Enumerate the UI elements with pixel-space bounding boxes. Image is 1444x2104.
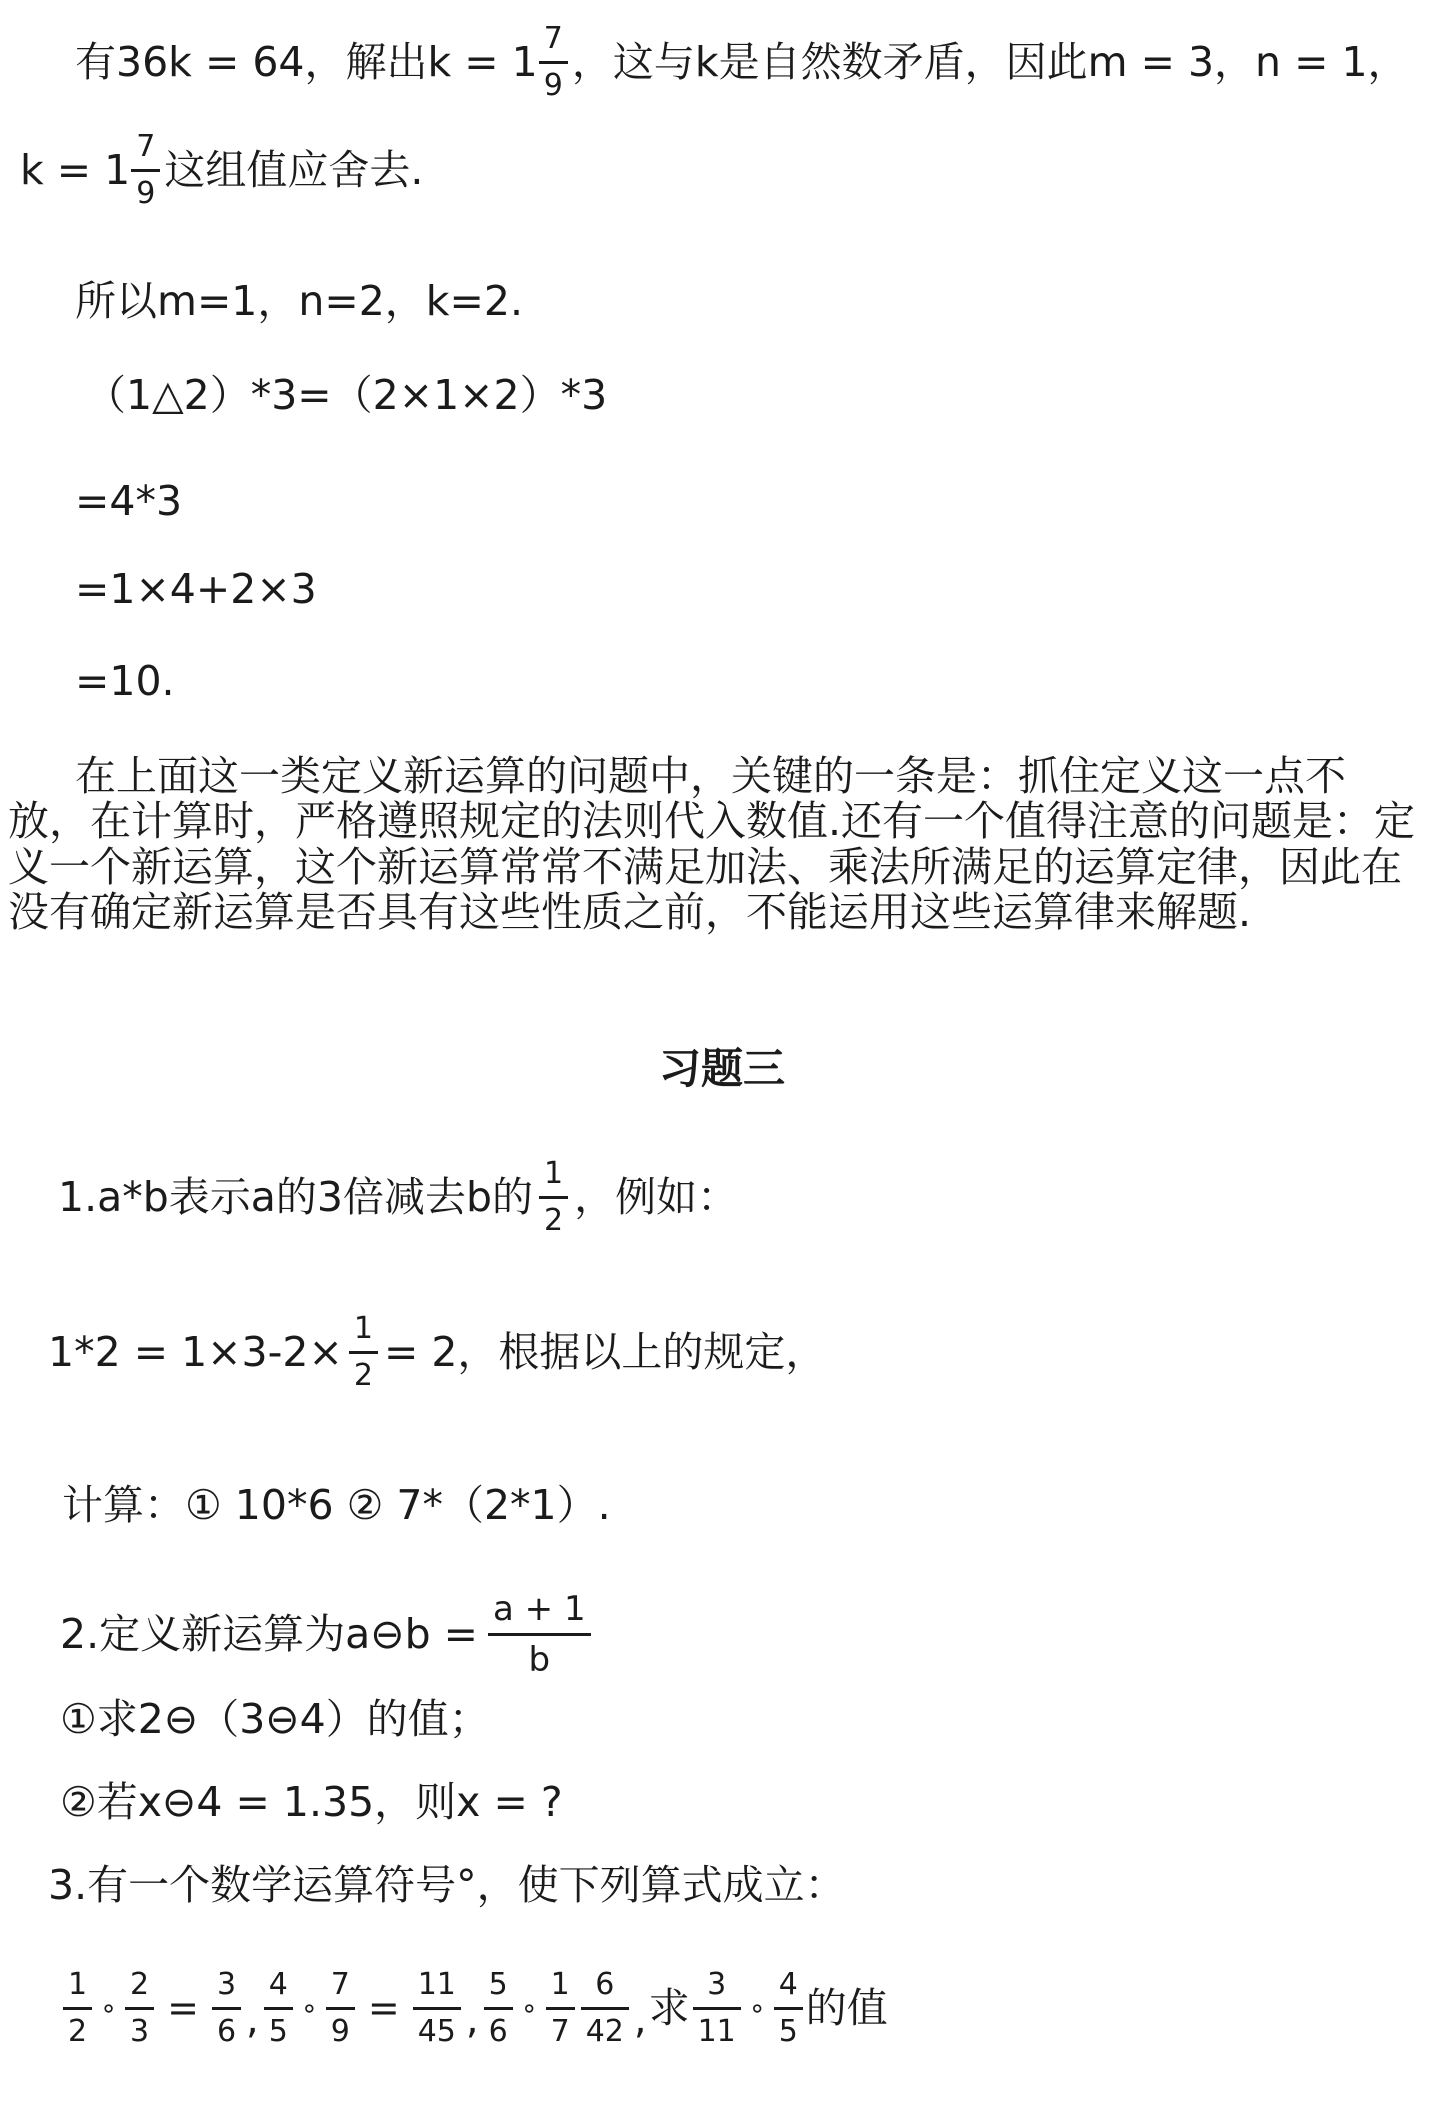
fraction-denominator: 7 (546, 2010, 575, 2049)
solution-line-4: （1△2）*3=（2×1×2）*3 (85, 372, 607, 419)
fraction-numerator: 5 (484, 1968, 513, 2010)
fraction-a-plus-1-over-b: a + 1 b (488, 1590, 591, 1679)
problem-2-definition: 2.定义新运算为a⊖b = a + 1 b (60, 1590, 601, 1679)
text-segment: 2.定义新运算为a⊖b = (60, 1611, 478, 1658)
text-segment: = 2，根据以上的规定， (384, 1329, 826, 1376)
fraction-11-45: 11 45 (413, 1968, 461, 2049)
text-segment: 计算：① 10*6 ② 7*（2*1）. (62, 1482, 611, 1529)
text-segment: 所以m=1，n=2，k=2. (75, 278, 523, 325)
problem-3-intro: 3.有一个数学运算符号°，使下列算式成立： (48, 1862, 846, 1909)
equals-sign: = (368, 1987, 400, 2031)
equals-sign: = (167, 1987, 199, 2031)
fraction-3-11: 3 11 (693, 1968, 741, 2049)
text-segment: ，这与k是自然数矛盾，因此m = 3，n = 1， (572, 39, 1409, 86)
fraction-numerator: 4 (264, 1968, 293, 2010)
text-segment: 义一个新运算，这个新运算常常不满足加法、乘法所满足的运算定律，因此在 (8, 844, 1402, 891)
text-segment: 的值 (806, 1985, 888, 2032)
fraction-numerator: 6 (581, 1968, 629, 2010)
fraction-denominator: 9 (539, 64, 568, 103)
fraction-denominator: 9 (326, 2010, 355, 2049)
summary-paragraph-line-4: 没有确定新运算是否具有这些性质之前，不能运用这些运算律来解题. (8, 889, 1251, 936)
text-segment: 在上面这一类定义新运算的问题中，关键的一条是：抓住定义这一点不 (75, 753, 1346, 800)
text-segment: 放，在计算时，严格遵照规定的法则代入数值.还有一个值得注意的问题是：定 (8, 798, 1415, 845)
fraction-denominator: 3 (125, 2010, 154, 2049)
fraction-denominator: 6 (212, 2010, 241, 2049)
problem-1-intro: 1.a*b表示a的3倍减去b的 1 2 ，例如： (58, 1157, 738, 1238)
text-segment: k = 1 (20, 147, 130, 194)
fraction-denominator: 6 (484, 2010, 513, 2049)
fraction-numerator: 1 (349, 1312, 378, 1354)
fraction-1-7: 1 7 (546, 1968, 575, 2049)
fraction-7-9: 7 9 (539, 22, 568, 103)
fraction-denominator: 2 (539, 1199, 568, 1238)
ring-operator: ∘ (301, 1993, 318, 2024)
text-segment: （1△2）*3=（2×1×2）*3 (85, 372, 607, 419)
problem-2-part-1: ①求2⊖（3⊖4）的值； (60, 1696, 490, 1743)
fraction-denominator: 9 (131, 172, 160, 211)
problem-1-compute: 计算：① 10*6 ② 7*（2*1）. (62, 1482, 611, 1529)
fraction-4-5: 4 5 (774, 1968, 803, 2049)
text-segment: ①求2⊖（3⊖4）的值； (60, 1696, 490, 1743)
text-segment: 有36k = 64，解出k = 1 (75, 39, 538, 86)
fraction-denominator: 2 (63, 2010, 92, 2049)
problem-3-equation-chain: 1 2 ∘ 2 3 = 3 6 , 4 5 ∘ 7 9 = 11 45 , 5 (60, 1968, 888, 2049)
fraction-denominator: 42 (581, 2010, 629, 2049)
fraction-denominator: 5 (774, 2010, 803, 2049)
solution-line-2: k = 1 7 9 这组值应舍去. (20, 130, 423, 211)
fraction-denominator: b (488, 1636, 591, 1679)
fraction-numerator: 11 (413, 1968, 461, 2010)
text-segment: =4*3 (75, 478, 182, 525)
summary-paragraph-line-2: 放，在计算时，严格遵照规定的法则代入数值.还有一个值得注意的问题是：定 (8, 798, 1415, 845)
problem-1-example: 1*2 = 1×3-2× 1 2 = 2，根据以上的规定， (48, 1312, 826, 1393)
document-page: 有36k = 64，解出k = 1 7 9 ，这与k是自然数矛盾，因此m = 3… (0, 0, 1444, 2104)
fraction-numerator: 1 (539, 1157, 568, 1199)
fraction-denominator: 5 (264, 2010, 293, 2049)
summary-paragraph-line-1: 在上面这一类定义新运算的问题中，关键的一条是：抓住定义这一点不 (75, 753, 1346, 800)
fraction-numerator: 7 (539, 22, 568, 64)
fraction-denominator: 45 (413, 2010, 461, 2049)
fraction-numerator: 4 (774, 1968, 803, 2010)
fraction-7-9: 7 9 (131, 130, 160, 211)
fraction-numerator: 1 (63, 1968, 92, 2010)
summary-paragraph-line-3: 义一个新运算，这个新运算常常不满足加法、乘法所满足的运算定律，因此在 (8, 844, 1402, 891)
text-segment: 这组值应舍去. (164, 147, 423, 194)
fraction-1-2: 1 2 (63, 1968, 92, 2049)
fraction-numerator: 2 (125, 1968, 154, 2010)
fraction-numerator: 1 (546, 1968, 575, 2010)
text-segment: ，例如： (574, 1174, 738, 1221)
ring-operator: ∘ (749, 1993, 766, 2024)
comma: , (244, 1997, 261, 2049)
solution-line-1: 有36k = 64，解出k = 1 7 9 ，这与k是自然数矛盾，因此m = 3… (75, 22, 1409, 103)
fraction-2-3: 2 3 (125, 1968, 154, 2049)
text-segment: 1*2 = 1×3-2× (48, 1329, 343, 1376)
ring-operator: ∘ (100, 1993, 117, 2024)
fraction-5-6: 5 6 (484, 1968, 513, 2049)
comma: , (464, 1997, 481, 2049)
text-segment: =1×4+2×3 (75, 566, 317, 613)
text-segment: =10. (75, 658, 175, 705)
solution-line-3: 所以m=1，n=2，k=2. (75, 278, 523, 325)
text-segment: ②若x⊖4 = 1.35，则x = ? (60, 1779, 563, 1826)
text-segment: 3.有一个数学运算符号°，使下列算式成立： (48, 1862, 846, 1909)
fraction-numerator: a + 1 (488, 1590, 591, 1636)
comma: , (632, 1997, 649, 2049)
solution-line-7: =10. (75, 658, 175, 705)
fraction-numerator: 7 (131, 130, 160, 172)
fraction-numerator: 3 (212, 1968, 241, 2010)
fraction-1-2: 1 2 (539, 1157, 568, 1238)
fraction-numerator: 3 (693, 1968, 741, 2010)
problem-2-part-2: ②若x⊖4 = 1.35，则x = ? (60, 1779, 563, 1826)
fraction-denominator: 2 (349, 1354, 378, 1393)
fraction-denominator: 11 (693, 2010, 741, 2049)
fraction-3-6: 3 6 (212, 1968, 241, 2049)
text-segment: 1.a*b表示a的3倍减去b的 (58, 1174, 533, 1221)
solution-line-6: =1×4+2×3 (75, 566, 317, 613)
fraction-1-2: 1 2 (349, 1312, 378, 1393)
fraction-numerator: 7 (326, 1968, 355, 2010)
fraction-4-5: 4 5 (264, 1968, 293, 2049)
ring-operator: ∘ (521, 1993, 538, 2024)
text-segment: 求 (649, 1985, 690, 2032)
solution-line-5: =4*3 (75, 478, 182, 525)
fraction-7-9: 7 9 (326, 1968, 355, 2049)
text-segment: 没有确定新运算是否具有这些性质之前，不能运用这些运算律来解题. (8, 889, 1251, 936)
fraction-6-42: 6 42 (581, 1968, 629, 2049)
exercise-heading: 习题三 (0, 1036, 1444, 1096)
